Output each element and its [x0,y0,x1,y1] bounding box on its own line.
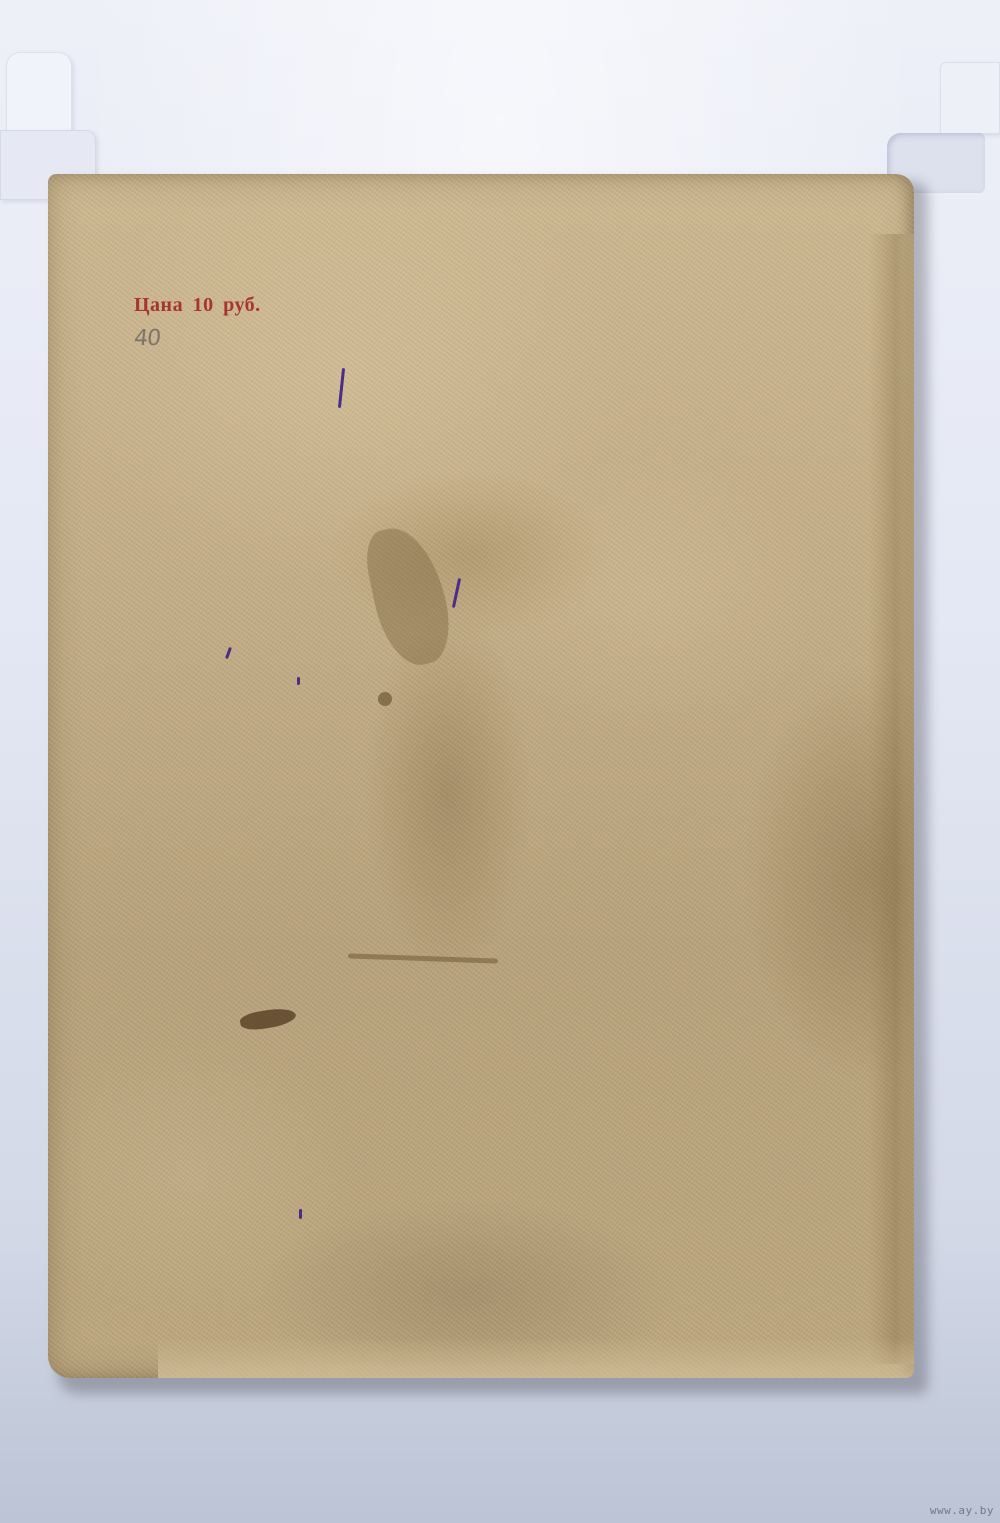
dark-smudge [239,1005,297,1032]
ink-mark [452,578,461,608]
ink-mark [297,677,300,685]
ink-mark [338,368,345,408]
worn-bottom-edge [158,1338,914,1378]
holder-tab-right [940,62,1000,134]
dirt-spot [378,692,392,706]
ink-mark [299,1209,302,1219]
ink-mark [225,647,232,659]
price-stamp: Цана 10 руб. [134,294,261,317]
pencil-price-note: 40 [133,326,162,351]
site-watermark: www.ay.by [930,1504,994,1517]
book-back-cover: Цана 10 руб. 40 [48,174,914,1378]
dirt-streak [348,953,498,963]
water-stain [360,520,458,671]
worn-right-edge [868,234,914,1364]
